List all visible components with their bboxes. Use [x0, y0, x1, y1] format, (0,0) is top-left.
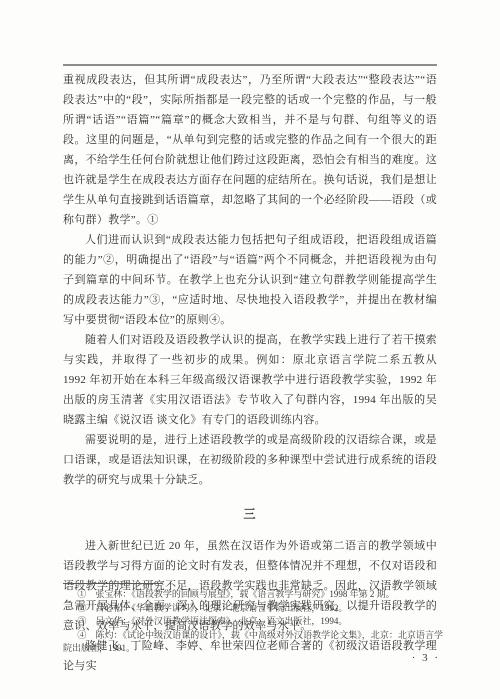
page-header-rule	[63, 64, 437, 66]
footnotes-block: ① 张宝林：《语段教学的回顾与展望》，载《语言教学与研究》1998 年第 2 期…	[63, 588, 443, 656]
page-number: · 3 ·	[412, 652, 440, 664]
paragraph: 需要说明的是，进行上述语段教学的或是高级阶段的汉语综合课，或是口语课，或是语法知…	[63, 430, 437, 490]
footnote: ③ 吕文华：《对外汉语教学语法探索》，北京：语文出版社，1994。	[63, 615, 443, 629]
section-heading: 三	[63, 504, 437, 524]
footnote: ① 张宝林：《语段教学的回顾与展望》，载《语言教学与研究》1998 年第 2 期…	[63, 588, 443, 602]
paragraph: 人们进而认识到“成段表达能力包括把句子组成语段，把语段组成语篇的能力”②，明确提…	[63, 230, 437, 330]
footnote-separator-rule	[63, 583, 163, 584]
footnote: ② 吕必松：《华语教学讲习》，北京：北京语言学院出版社，1992。	[63, 602, 443, 616]
document-body: 重视成段表达，但其所谓“成段表达”，乃至所谓“大段表达”“整段表达”“语段表达”…	[63, 70, 437, 676]
paragraph: 随着人们对语段及语段教学认识的提高，在教学实践上进行了若干摸索与实践，并取得了一…	[63, 330, 437, 430]
scanned-document-page: 重视成段表达，但其所谓“成段表达”，乃至所谓“大段表达”“整段表达”“语段表达”…	[0, 0, 500, 699]
footnote: ④ 陈灼：《试论中级汉语课的设计》，载《中高级对外汉语教学论文集》，北京：北京语…	[63, 629, 443, 656]
paragraph-continuation: 重视成段表达，但其所谓“成段表达”，乃至所谓“大段表达”“整段表达”“语段表达”…	[63, 70, 437, 230]
